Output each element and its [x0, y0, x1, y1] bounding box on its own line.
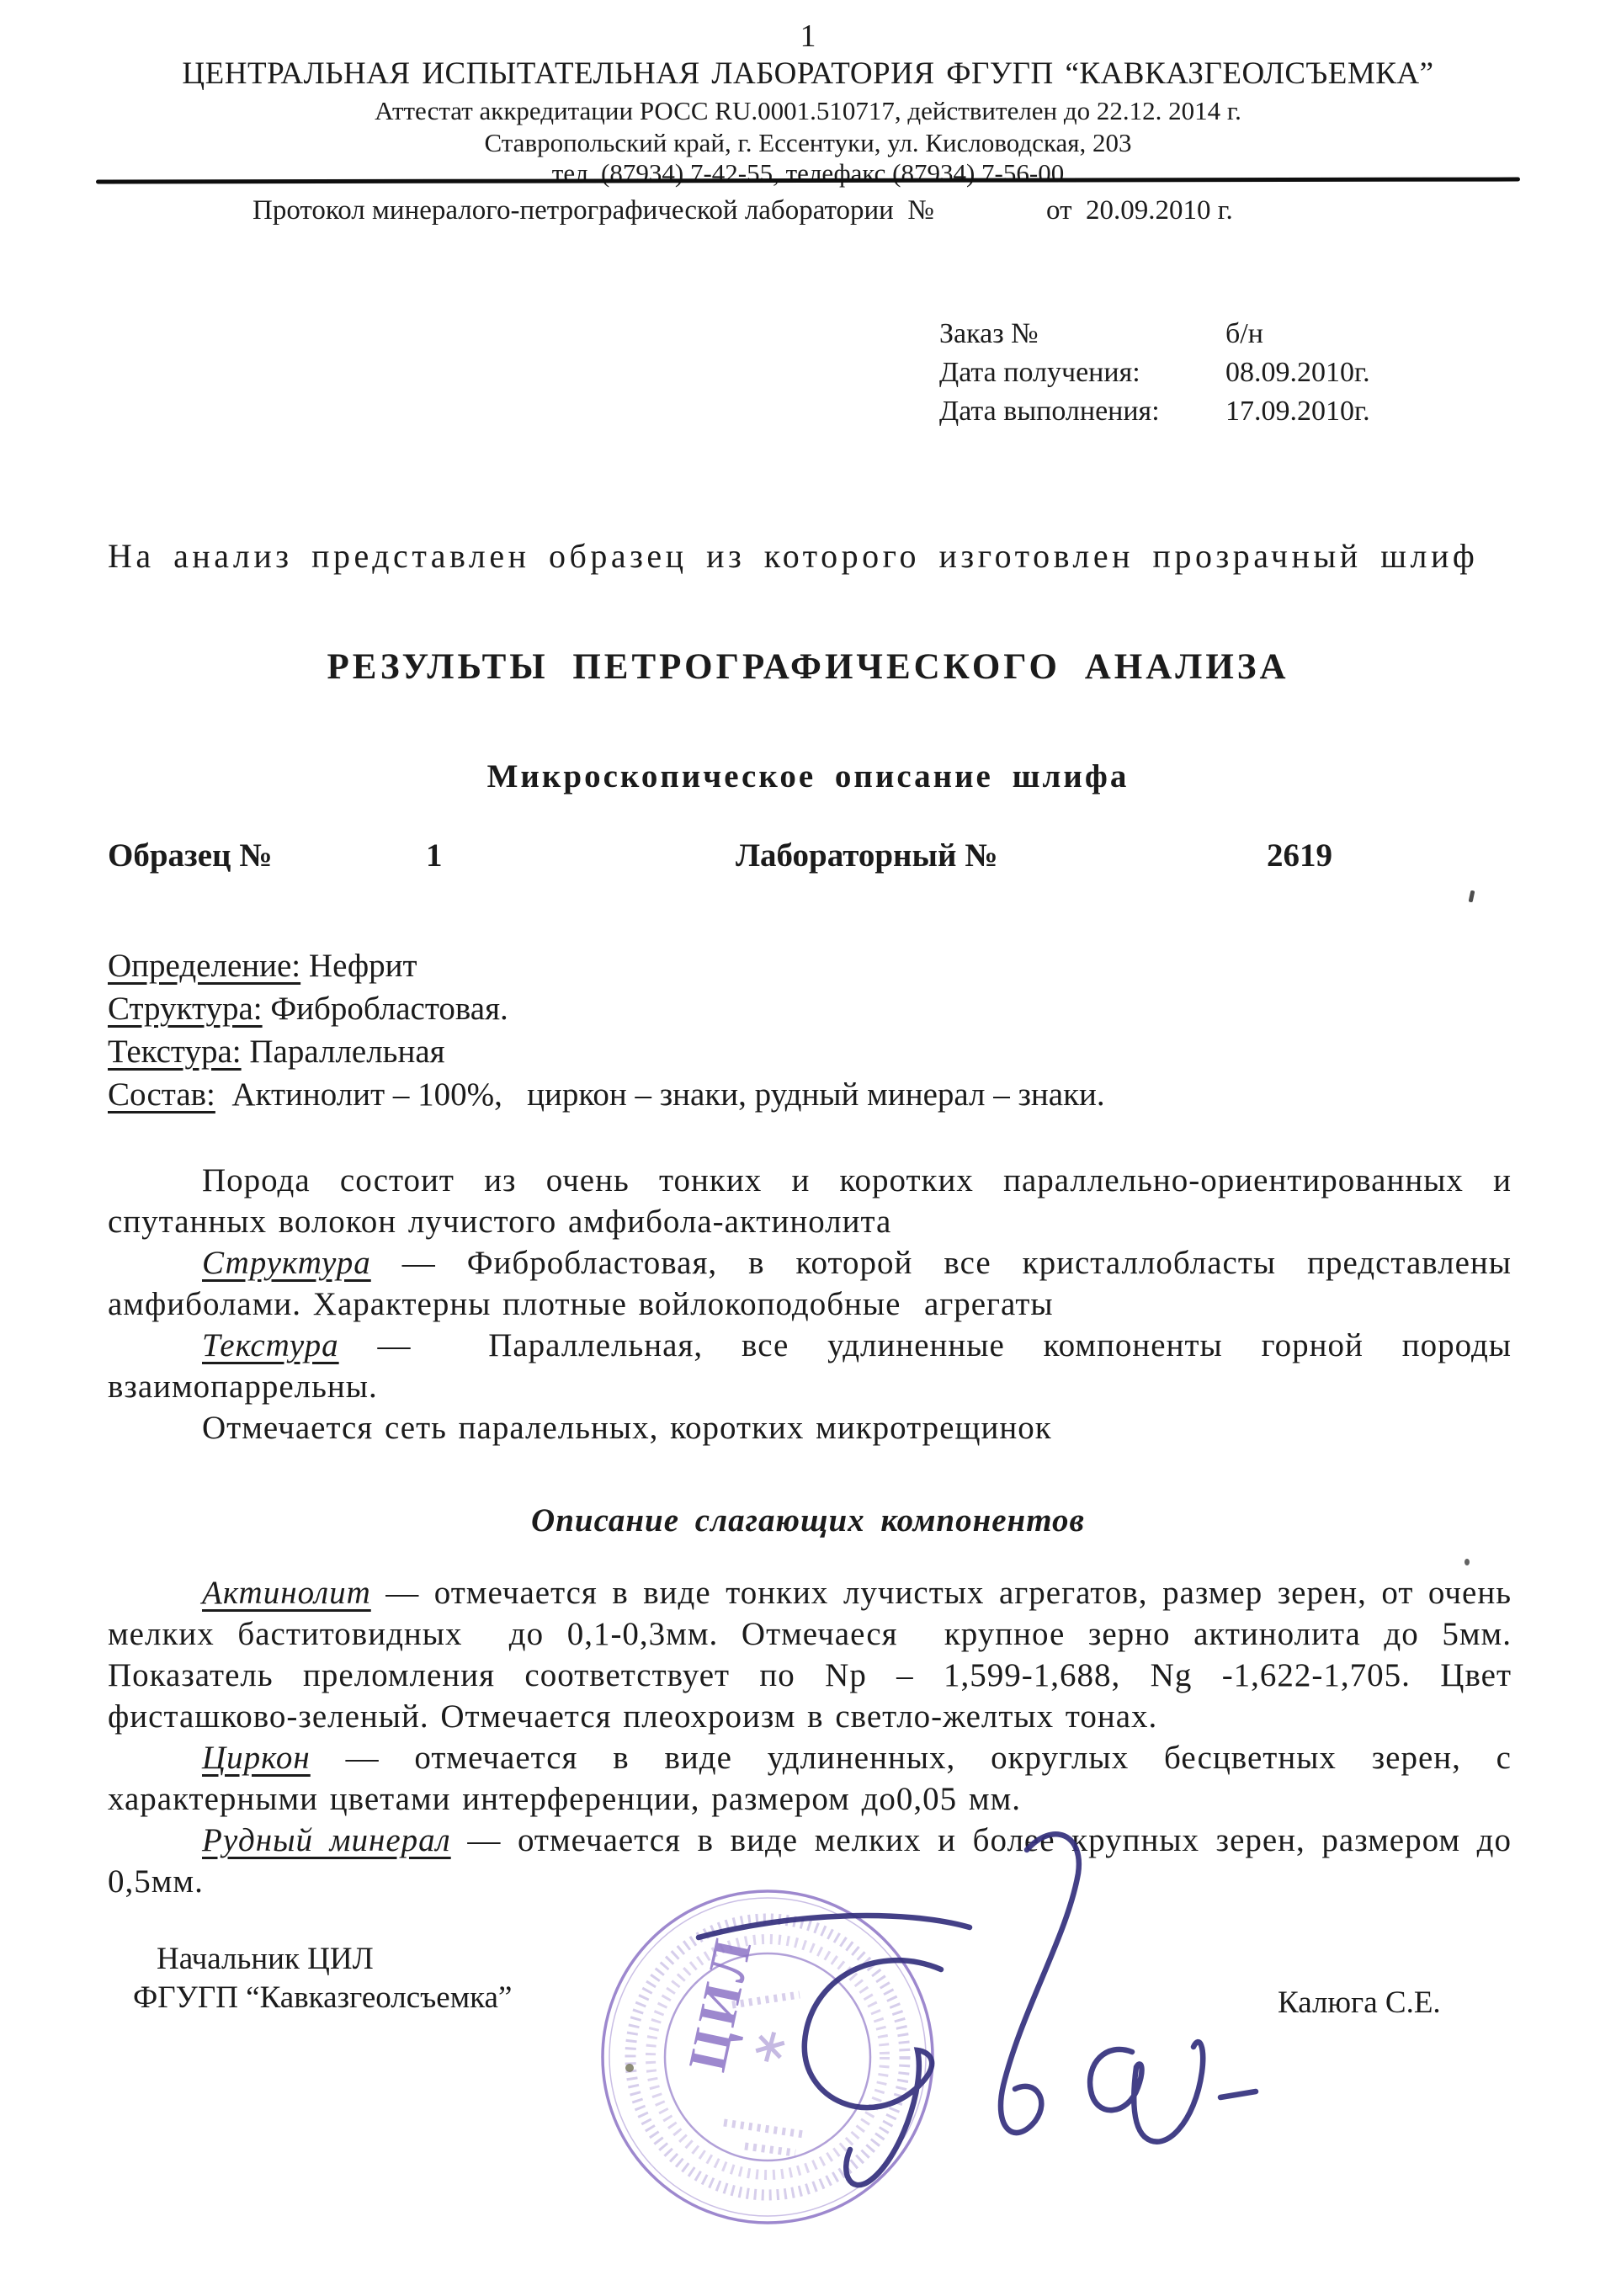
order-info: Заказ № б/н Дата получения: 08.09.2010г.…: [939, 315, 1370, 431]
date-received-value: 08.09.2010г.: [1225, 353, 1370, 392]
signer-name: Калюга С.Е.: [1278, 1985, 1441, 2021]
page-number: 1: [0, 20, 1616, 52]
property-value: Актинолит – 100%, циркон – знаки, рудный…: [215, 1076, 1105, 1113]
handwritten-signature: [673, 1801, 1262, 2197]
signature-stroke-topbar: [699, 1916, 970, 1937]
date-completed-value: 17.09.2010г.: [1225, 392, 1370, 431]
protocol-date: от 20.09.2010 г.: [1046, 194, 1233, 227]
structure-lead: Структура: [202, 1245, 371, 1281]
component-lead: Рудный минерал: [202, 1822, 451, 1858]
phone-line: тел. (87934) 7-42-55, телефакс (87934) 7…: [0, 158, 1616, 189]
property-label: Структура:: [108, 991, 263, 1027]
property-row-texture: Текстура: Параллельная: [108, 1030, 1105, 1073]
property-row-structure: Структура: Фибробластовая.: [108, 987, 1105, 1030]
accreditation-line: Аттестат аккредитации РОСС RU.0001.51071…: [0, 96, 1616, 126]
date-completed-label: Дата выполнения:: [939, 392, 1225, 431]
signature-stroke-tall-letter: [1001, 1834, 1079, 2133]
order-number-label: Заказ №: [939, 315, 1225, 353]
signature-stroke-c-loop: [805, 1960, 941, 2185]
texture-lead: Текстура: [202, 1327, 339, 1363]
signature-stroke-dash: [1220, 2091, 1256, 2097]
description-paragraph: Текстура — Параллельная, все удлиненные …: [108, 1325, 1512, 1407]
property-label: Текстура:: [108, 1034, 242, 1070]
properties-list: Определение: Нефрит Структура: Фиброблас…: [108, 944, 1105, 1116]
property-row-composition: Состав: Актинолит – 100%, циркон – знаки…: [108, 1073, 1105, 1116]
sample-number-label: Образец №: [108, 837, 272, 874]
scan-speck: [1464, 1559, 1470, 1565]
signer-position-line2: ФГУГП “Кавказгеолсъемка”: [133, 1980, 512, 2016]
organization-title: ЦЕНТРАЛЬНАЯ ИСПЫТАТЕЛЬНАЯ ЛАБОРАТОРИЯ ФГ…: [0, 56, 1616, 92]
description-paragraph: Порода состоит из очень тонких и коротки…: [108, 1160, 1512, 1242]
property-row-definition: Определение: Нефрит: [108, 944, 1105, 987]
component-lead: Актинолит: [202, 1575, 371, 1611]
property-label: Состав:: [108, 1076, 215, 1113]
components-heading: Описание слагающих компонентов: [0, 1501, 1616, 1539]
scan-speck: [1469, 890, 1475, 903]
property-value: Параллельная: [242, 1034, 445, 1070]
description-paragraph: Структура — Фибробластовая, в которой вс…: [108, 1242, 1512, 1325]
property-value: Нефрит: [300, 948, 417, 984]
description-paragraph: Отмечается сеть паралельных, коротких ми…: [108, 1407, 1512, 1448]
description-section: Порода состоит из очень тонких и коротки…: [108, 1160, 1512, 1448]
protocol-label: Протокол минералого-петрографической лаб…: [252, 194, 934, 227]
property-label: Определение:: [108, 948, 300, 984]
ink-dot: [625, 2064, 634, 2072]
sample-number-value: 1: [426, 837, 443, 874]
report-subtitle: Микроскопическое описание шлифа: [0, 757, 1616, 795]
sample-row: Образец № 1 Лабораторный № 2619: [0, 837, 1616, 879]
signer-position-line1: Начальник ЦИЛ: [157, 1941, 374, 1977]
component-lead: Циркон: [202, 1740, 311, 1776]
report-title: РЕЗУЛЬТЫ ПЕТРОГРАФИЧЕСКОГО АНАЛИЗА: [0, 646, 1616, 688]
signature-stroke-a-flourish: [1090, 2042, 1203, 2142]
address-line: Ставропольский край, г. Ессентуки, ул. К…: [0, 128, 1616, 158]
lab-number-value: 2619: [1267, 837, 1332, 874]
lab-number-label: Лабораторный №: [736, 837, 997, 874]
date-received-label: Дата получения:: [939, 353, 1225, 392]
intro-paragraph: На анализ представлен образец из которог…: [108, 535, 1512, 577]
document-page: 1 ЦЕНТРАЛЬНАЯ ИСПЫТАТЕЛЬНАЯ ЛАБОРАТОРИЯ …: [0, 0, 1616, 2296]
component-paragraph-actinolite: Актинолит — отмечается в виде тонких луч…: [108, 1572, 1512, 1737]
property-value: Фибробластовая.: [263, 991, 508, 1027]
order-number-value: б/н: [1225, 315, 1370, 353]
